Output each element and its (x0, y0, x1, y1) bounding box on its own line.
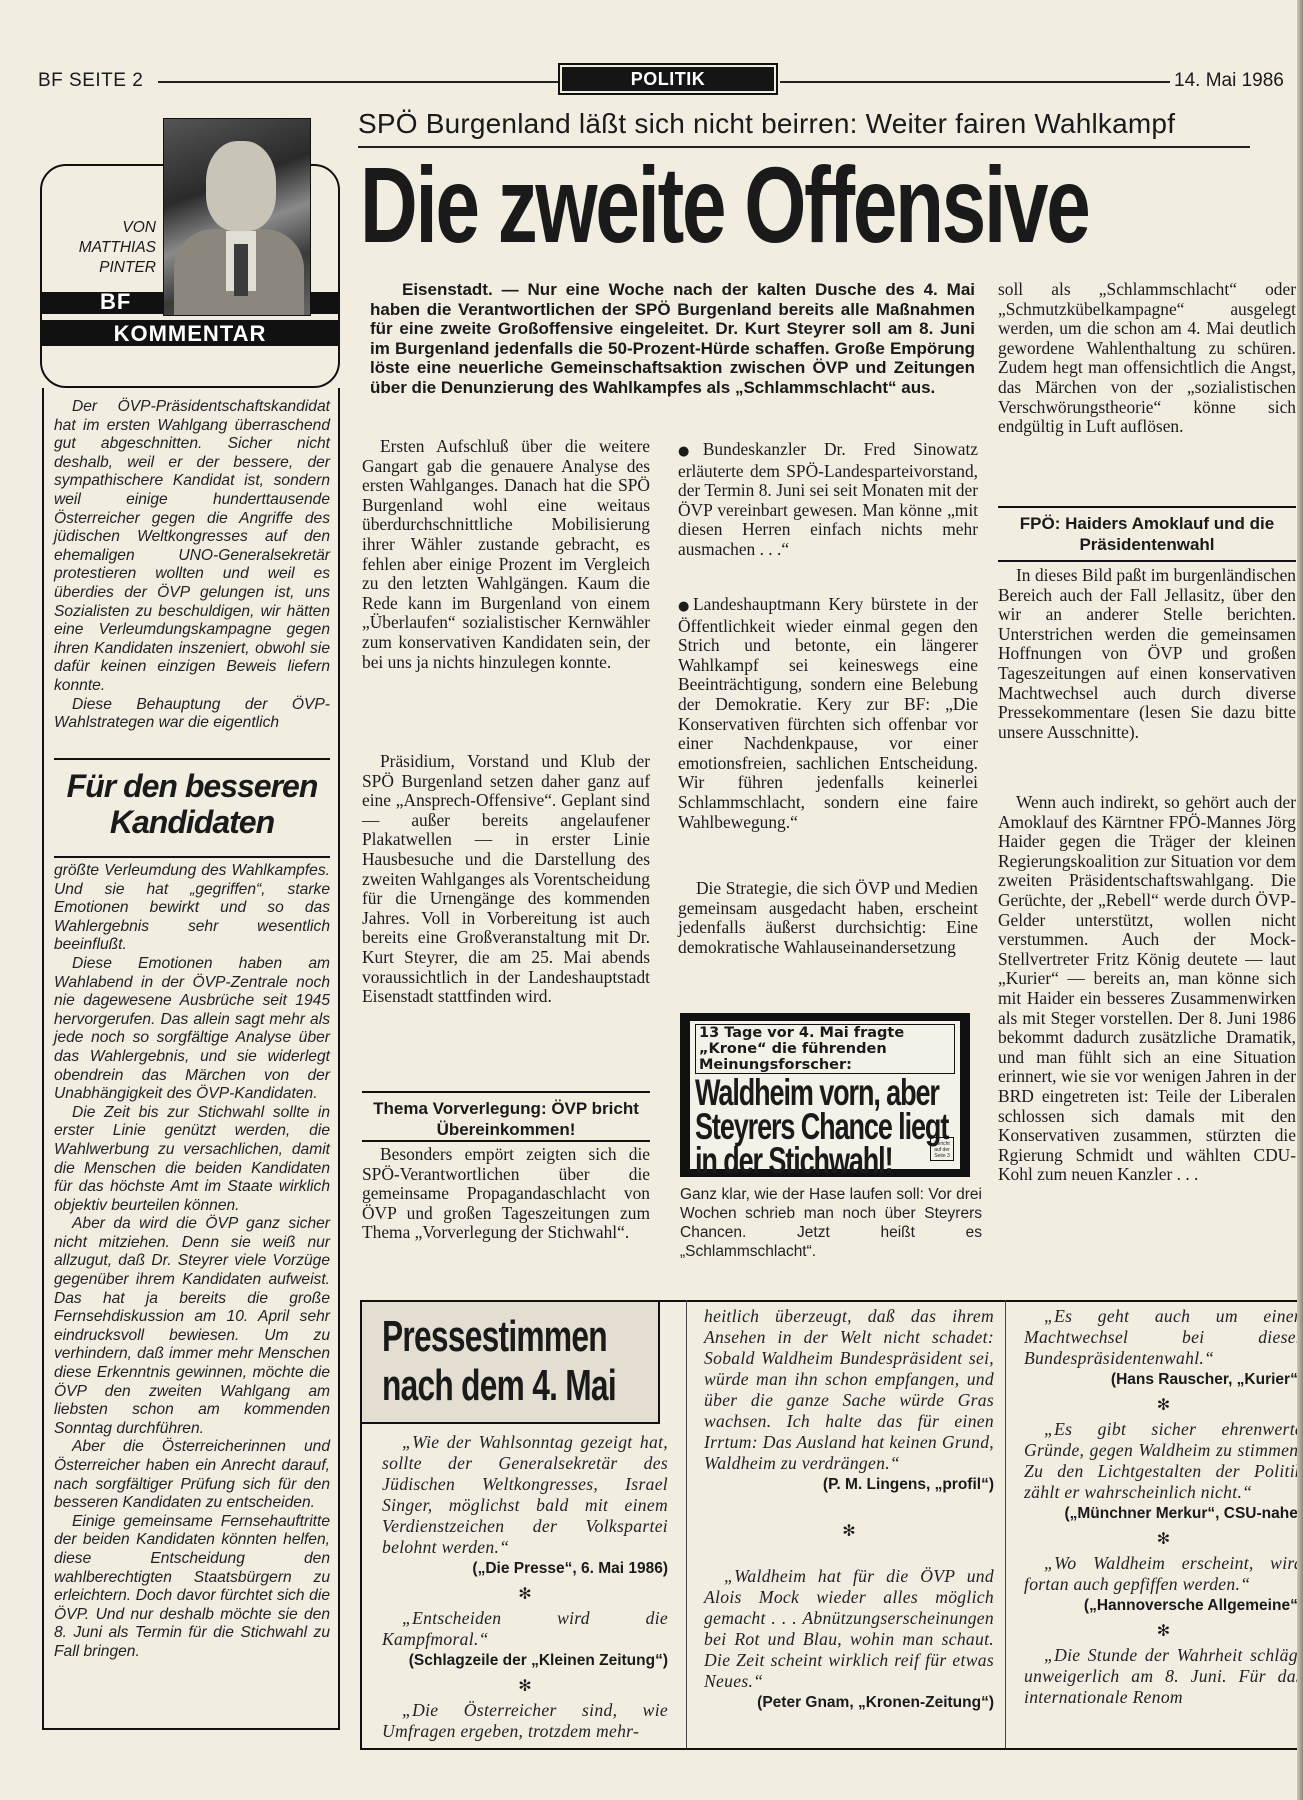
clipping-headline: Waldheim vorn, aber Steyrers Chance lieg… (695, 1076, 885, 1178)
subhead-rule-top (362, 1091, 650, 1093)
press-quote: „Die Stunde der Wahrheit schlägt unweige… (1024, 1645, 1303, 1708)
press-quote: heitlich überzeugt, daß das ihrem Ansehe… (704, 1306, 994, 1474)
press-column-1: „Wie der Wahlsonntag gezeigt hat, sollte… (382, 1432, 668, 1742)
author-photo (163, 118, 311, 316)
asterisk-separator-icon: ✻ (1024, 1391, 1303, 1419)
issue-date: 14. Mai 1986 (1174, 70, 1284, 92)
article-subhead-vorverlegung: Thema Vorverlegung: ÖVP bricht Übereinko… (362, 1098, 650, 1140)
press-source: (Hans Rauscher, „Kurier“) (1024, 1369, 1303, 1391)
press-column-2: heitlich überzeugt, daß das ihrem Ansehe… (704, 1306, 994, 1714)
article-col1-para3: Besonders empört zeigten sich die SPÖ-Ve… (362, 1145, 650, 1243)
article-col3-para1: soll als „Schlammschlacht“ oder „Schmutz… (998, 280, 1296, 437)
article-bullet-sinowatz: ●Bundeskanzler Dr. Fred Sinowatz erläute… (678, 440, 978, 560)
press-source: (Peter Gnam, „Kronen-Zeitung“) (704, 1692, 994, 1714)
commentary-text-part1: Der ÖVP-Präsidentschaftskandidat hat im … (54, 398, 330, 733)
press-quote: „Es gibt sicher ehrenwerte Gründe, gegen… (1024, 1419, 1303, 1503)
commentary-text-part2: größte Verleumdung des Wahlkampfes. Und … (54, 862, 330, 1662)
commentary-label-bf: BF (100, 289, 131, 315)
article-subhead-fpoe: FPÖ: Haiders Amoklauf und die Präsidente… (998, 513, 1296, 555)
article-col1-para2: Präsidium, Vorstand und Klub der SPÖ Bur… (362, 752, 650, 1007)
clipping-caption: Ganz klar, wie der Hase laufen soll: Vor… (680, 1185, 982, 1261)
press-quote: „Es geht auch um einen Machtwechsel bei … (1024, 1306, 1303, 1369)
asterisk-separator-icon: ✻ (1024, 1525, 1303, 1553)
column-divider (686, 1300, 687, 1750)
press-quote: „Waldheim hat für die ÖVP und Alois Mock… (704, 1566, 994, 1692)
page-label: BF SEITE 2 (38, 70, 143, 92)
commentary-subhead: Für den besseren Kandidaten (54, 768, 330, 840)
press-source: (Schlagzeile der „Kleinen Zeitung“) (382, 1650, 668, 1672)
article-headline: Die zweite Offensive (360, 150, 1088, 260)
article-col3-para2: In dieses Bild paßt im burgenländischen … (998, 566, 1296, 742)
bullet-icon: ● (678, 599, 693, 614)
press-source: („Hannoversche Allgemeine“) (1024, 1595, 1303, 1617)
article-col2-para3: Die Strategie, die sich ÖVP und Medien g… (678, 879, 978, 957)
press-quote: „Wie der Wahlsonntag gezeigt hat, sollte… (382, 1432, 668, 1558)
article-col3-para3: Wenn auch indirekt, so gehört auch der A… (998, 793, 1296, 1185)
clipping-page-note: Bericht auf der Seite 3 (930, 1137, 954, 1161)
press-title: Pressestimmen nach dem 4. Mai (382, 1312, 616, 1410)
header-rule-left (158, 81, 558, 83)
article-kicker: SPÖ Burgenland läßt sich nicht beirren: … (358, 108, 1175, 140)
asterisk-separator-icon: ✻ (382, 1672, 668, 1700)
header-rule-right (780, 81, 1170, 83)
press-source: (P. M. Lingens, „profil“) (704, 1474, 994, 1496)
asterisk-separator-icon: ✻ (1024, 1617, 1303, 1645)
section-rubric-label: POLITIK (562, 67, 774, 91)
clipping-topline: 13 Tage vor 4. Mai fragte „Krone“ die fü… (695, 1024, 955, 1074)
commentary-subhead-rule-bottom (54, 856, 330, 858)
subhead-rule-bottom (998, 560, 1296, 562)
page-edge-shadow (1297, 0, 1303, 1800)
article-col1-para1: Ersten Aufschluß über die weitere Gangar… (362, 437, 650, 672)
press-source: („Münchner Merkur“, CSU-nahe) (1024, 1503, 1303, 1525)
article-lead: Eisenstadt. — Nur eine Woche nach der ka… (370, 280, 975, 397)
press-quote: „Entscheiden wird die Kampfmoral.“ (382, 1608, 668, 1650)
subhead-rule-bottom (362, 1140, 650, 1142)
press-quote: „Wo Waldheim erscheint, wird fortan auch… (1024, 1553, 1303, 1595)
press-bottom-rule (360, 1748, 1303, 1750)
commentary-subhead-rule-top (54, 758, 330, 760)
commentary-byline: VON MATTHIAS PINTER (60, 218, 156, 278)
bullet-icon: ● (678, 444, 703, 459)
commentary-label-kommentar: KOMMENTAR (42, 321, 338, 347)
column-divider (1005, 1300, 1006, 1750)
press-column-3: „Es geht auch um einen Machtwechsel bei … (1024, 1306, 1303, 1708)
press-source: („Die Presse“, 6. Mai 1986) (382, 1558, 668, 1580)
section-rubric: POLITIK (558, 63, 778, 95)
press-quote: „Die Österreicher sind, wie Umfragen erg… (382, 1700, 668, 1742)
press-title-box: Pressestimmen nach dem 4. Mai (360, 1300, 660, 1424)
asterisk-separator-icon: ✻ (704, 1496, 994, 1566)
asterisk-separator-icon: ✻ (382, 1580, 668, 1608)
subhead-rule-top (998, 506, 1296, 508)
newspaper-clipping: 13 Tage vor 4. Mai fragte „Krone“ die fü… (680, 1013, 970, 1177)
article-bullet-kery: ●Landeshauptmann Kery bürstete in der Öf… (678, 595, 978, 832)
